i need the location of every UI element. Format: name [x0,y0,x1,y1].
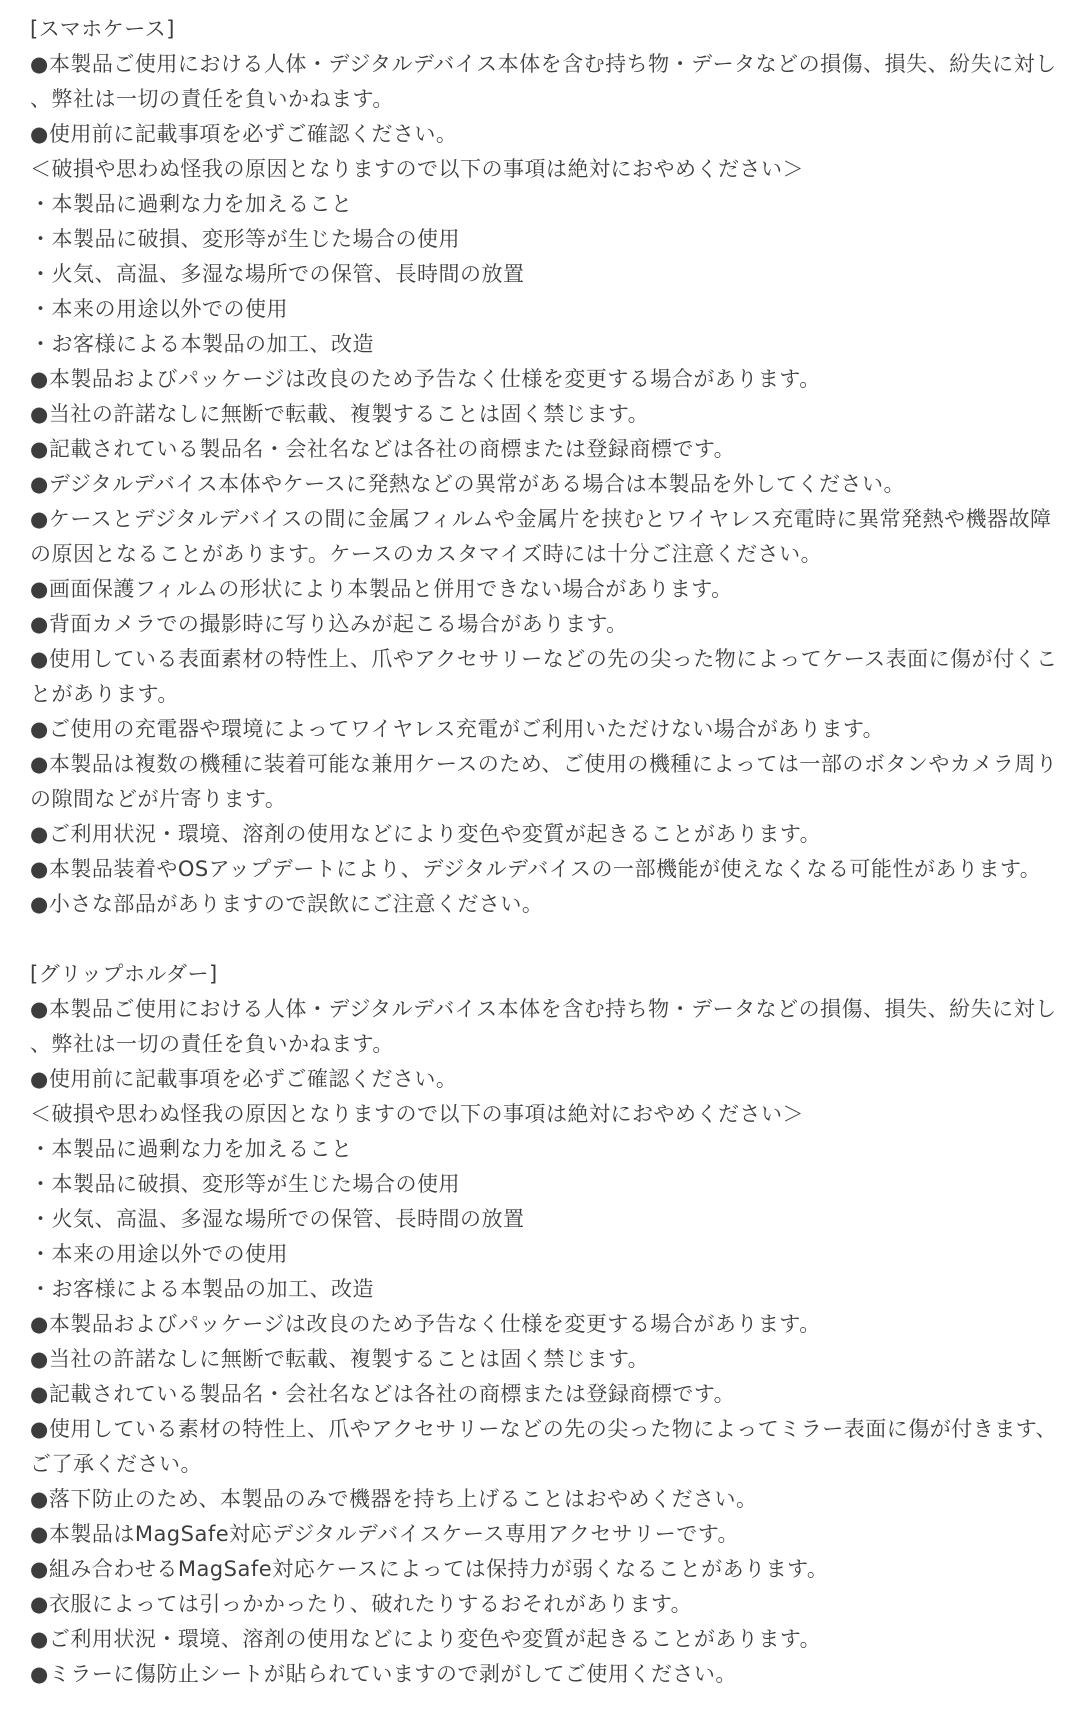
notice-line: ●本製品およびパッケージは改良のため予告なく仕様を変更する場合があります。 [30,1307,1050,1342]
section-title: [スマホケース] [30,12,1050,47]
notice-line: ・火気、高温、多湿な場所での保管、長時間の放置 [30,1202,1050,1237]
notice-line: ・本来の用途以外での使用 [30,1237,1050,1272]
notice-line: ●デジタルデバイス本体やケースに発熱などの異常がある場合は本製品を外してください… [30,467,1050,502]
notice-line: ●使用している素材の特性上、爪やアクセサリーなどの先の尖った物によってミラー表面… [30,1412,1050,1447]
notice-line: ＜破損や思わぬ怪我の原因となりますので以下の事項は絶対におやめください＞ [30,152,1050,187]
notice-line: ●本製品はMagSafe対応デジタルデバイスケース専用アクセサリーです。 [30,1517,1050,1552]
section-grip-holder: [グリップホルダー]●本製品ご使用における人体・デジタルデバイス本体を含む持ち物… [30,957,1050,1692]
notice-line: の隙間などが片寄ります。 [30,782,1050,817]
notice-line: ●ミラーに傷防止シートが貼られていますので剥がしてご使用ください。 [30,1657,1050,1692]
notice-line: ●本製品は複数の機種に装着可能な兼用ケースのため、ご使用の機種によっては一部のボ… [30,747,1050,782]
notice-line: ●本製品ご使用における人体・デジタルデバイス本体を含む持ち物・データなどの損傷、… [30,992,1050,1027]
notice-line: 、弊社は一切の責任を負いかねます。 [30,82,1050,117]
notice-line: ・火気、高温、多湿な場所での保管、長時間の放置 [30,257,1050,292]
notice-line: ●本製品およびパッケージは改良のため予告なく仕様を変更する場合があります。 [30,362,1050,397]
notice-line: ●画面保護フィルムの形状により本製品と併用できない場合があります。 [30,572,1050,607]
notice-line: ●落下防止のため、本製品のみで機器を持ち上げることはおやめください。 [30,1482,1050,1517]
notice-line: ●ご利用状況・環境、溶剤の使用などにより変色や変質が起きることがあります。 [30,1622,1050,1657]
notice-line: ●小さな部品がありますので誤飲にご注意ください。 [30,887,1050,922]
notice-line: ●ご使用の充電器や環境によってワイヤレス充電がご利用いただけない場合があります。 [30,712,1050,747]
notice-line: ●組み合わせるMagSafe対応ケースによっては保持力が弱くなることがあります。 [30,1552,1050,1587]
notice-line: ●ケースとデジタルデバイスの間に金属フィルムや金属片を挟むとワイヤレス充電時に異… [30,502,1050,537]
notice-line: ●本製品装着やOSアップデートにより、デジタルデバイスの一部機能が使えなくなる可… [30,852,1050,887]
notice-line: ・本製品に破損、変形等が生じた場合の使用 [30,1167,1050,1202]
section-title: [グリップホルダー] [30,957,1050,992]
notice-line: ●背面カメラでの撮影時に写り込みが起こる場合があります。 [30,607,1050,642]
notice-line: ●使用前に記載事項を必ずご確認ください。 [30,117,1050,152]
notice-line: ＜破損や思わぬ怪我の原因となりますので以下の事項は絶対におやめください＞ [30,1097,1050,1132]
notice-line: ●記載されている製品名・会社名などは各社の商標または登録商標です。 [30,1377,1050,1412]
notice-line: ・お客様による本製品の加工、改造 [30,1272,1050,1307]
section-smartphone-case: [スマホケース]●本製品ご使用における人体・デジタルデバイス本体を含む持ち物・デ… [30,12,1050,922]
notice-line: ●衣服によっては引っかかったり、破れたりするおそれがあります。 [30,1587,1050,1622]
notice-line: ・本製品に過剰な力を加えること [30,1132,1050,1167]
notice-line: ●ご利用状況・環境、溶剤の使用などにより変色や変質が起きることがあります。 [30,817,1050,852]
notice-line: 、弊社は一切の責任を負いかねます。 [30,1027,1050,1062]
notice-line: ●本製品ご使用における人体・デジタルデバイス本体を含む持ち物・データなどの損傷、… [30,47,1050,82]
notice-line: ご了承ください。 [30,1447,1050,1482]
notice-line: ●当社の許諾なしに無断で転載、複製することは固く禁じます。 [30,1342,1050,1377]
notice-line: ・お客様による本製品の加工、改造 [30,327,1050,362]
notice-line: の原因となることがあります。ケースのカスタマイズ時には十分ご注意ください。 [30,537,1050,572]
notice-line: ●記載されている製品名・会社名などは各社の商標または登録商標です。 [30,432,1050,467]
notice-line: ●当社の許諾なしに無断で転載、複製することは固く禁じます。 [30,397,1050,432]
notice-line: ●使用前に記載事項を必ずご確認ください。 [30,1062,1050,1097]
notice-line: ・本来の用途以外での使用 [30,292,1050,327]
notice-line: とがあります。 [30,677,1050,712]
notice-line: ●使用している表面素材の特性上、爪やアクセサリーなどの先の尖った物によってケース… [30,642,1050,677]
disclaimer-document: [スマホケース]●本製品ご使用における人体・デジタルデバイス本体を含む持ち物・デ… [0,0,1080,1712]
notice-line: ・本製品に過剰な力を加えること [30,187,1050,222]
notice-line: ・本製品に破損、変形等が生じた場合の使用 [30,222,1050,257]
